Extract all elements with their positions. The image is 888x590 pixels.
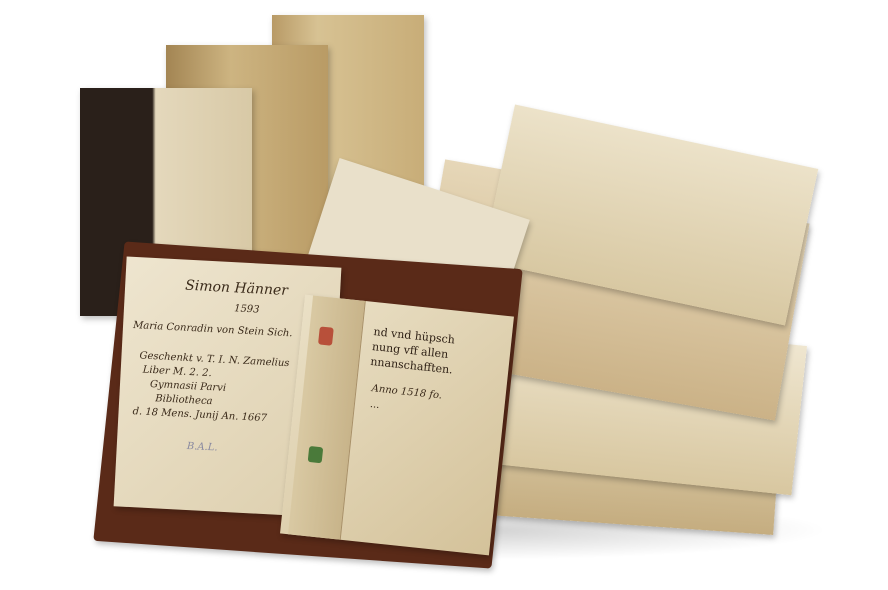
- handwritten-line: Anno 1518 fo.: [371, 382, 443, 402]
- inscription-line: d. 18 Mens. Junij An. 1667: [132, 405, 267, 425]
- handwritten-line: ...: [369, 398, 380, 412]
- red-initial: [318, 326, 334, 345]
- inscription-line: Simon Hänner: [185, 280, 288, 298]
- inscription-line: 1593: [234, 302, 260, 316]
- inscription-line: Maria Conradin von Stein Sich.: [133, 319, 293, 340]
- inscription-line: B.A.L.: [186, 440, 217, 455]
- green-initial: [308, 446, 324, 463]
- photo-scene: ~~~ ~~~~ ~~~~~ ~~~~ Simon Hänner 1593 Ma…: [0, 0, 888, 590]
- open-book-right-page: nd vnd hüpsch nung vff allen nnanschafft…: [280, 295, 514, 556]
